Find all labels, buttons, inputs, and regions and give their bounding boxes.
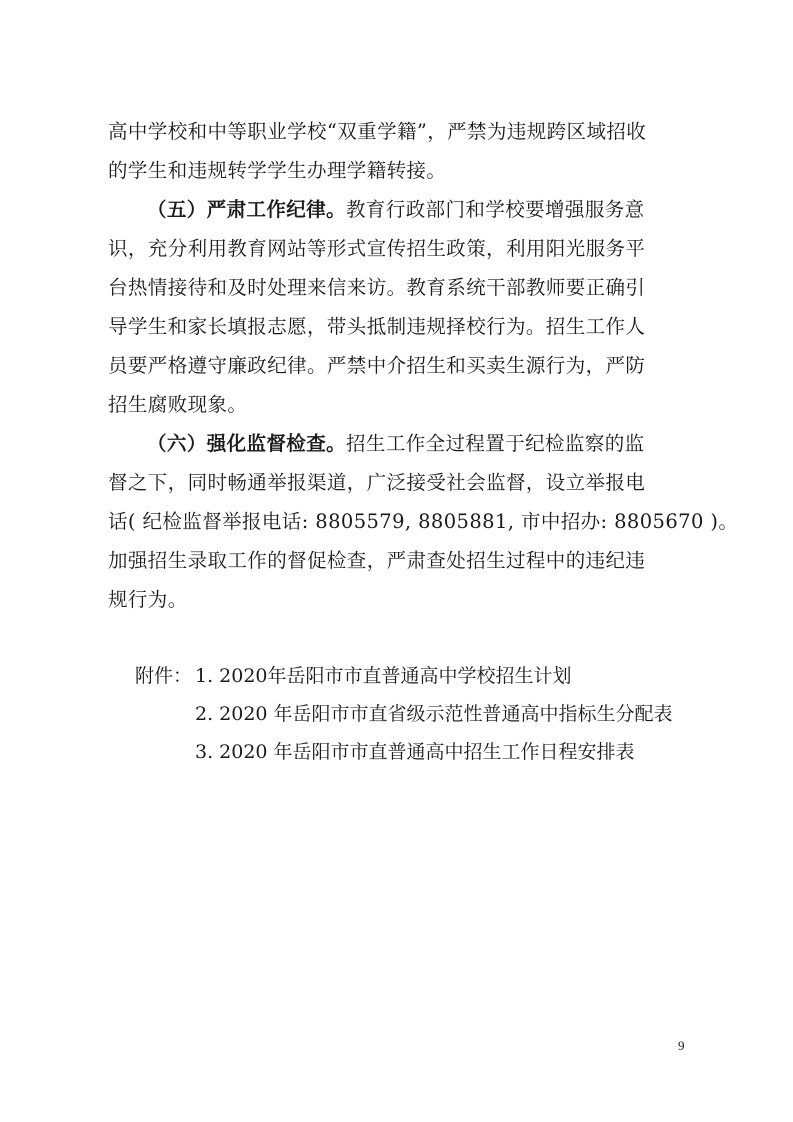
section-5-first-line: （五）严肃工作纪律。教育行政部门和学校要增强服务意 — [108, 190, 688, 229]
attachments-label: 附件： — [135, 657, 195, 695]
text-fragment: 教育行政部门和学校要增强服务意 — [346, 198, 645, 221]
attachment-item: 3. 2020 年岳阳市市直普通高中招生工作日程安排表 — [135, 733, 673, 771]
text-line: 规行为。 — [108, 580, 688, 619]
attachment-item: 2. 2020 年岳阳市市直省级示范性普通高中指标生分配表 — [135, 695, 673, 733]
page-number: 9 — [678, 1038, 685, 1054]
attachment-item: 附件：1. 2020年岳阳市市直普通高中学校招生计划 — [135, 657, 673, 695]
text-line: 的学生和违规转学学生办理学籍转接。 — [108, 151, 688, 190]
text-line: 识，充分利用教育网站等形式宣传招生政策，利用阳光服务平 — [108, 229, 688, 268]
text-line: 招生腐败现象。 — [108, 385, 688, 424]
section-6-heading: （六）强化监督检查。 — [147, 432, 346, 455]
text-line: 台热情接待和及时处理来信来访。教育系统干部教师要正确引 — [108, 268, 688, 307]
text-line: 话( 纪检监督举报电话: 8805579, 8805881, 市中招办: 880… — [108, 502, 688, 541]
attachments-list: 附件：1. 2020年岳阳市市直普通高中学校招生计划 2. 2020 年岳阳市市… — [135, 657, 673, 771]
text-line: 督之下，同时畅通举报渠道，广泛接受社会监督，设立举报电 — [108, 463, 688, 502]
text-line: 加强招生录取工作的督促检查，严肃查处招生过程中的违纪违 — [108, 541, 688, 580]
text-line: 高中学校和中等职业学校“双重学籍”，严禁为违规跨区域招收 — [108, 112, 688, 151]
section-6-first-line: （六）强化监督检查。招生工作全过程置于纪检监察的监 — [108, 424, 688, 463]
section-5-heading: （五）严肃工作纪律。 — [147, 198, 346, 221]
attachment-title: 1. 2020年岳阳市市直普通高中学校招生计划 — [195, 665, 572, 687]
body-text: 高中学校和中等职业学校“双重学籍”，严禁为违规跨区域招收 的学生和违规转学学生办… — [108, 112, 688, 619]
text-fragment: 招生工作全过程置于纪检监察的监 — [346, 432, 645, 455]
document-page: 高中学校和中等职业学校“双重学籍”，严禁为违规跨区域招收 的学生和违规转学学生办… — [0, 0, 793, 1122]
text-line: 员要严格遵守廉政纪律。严禁中介招生和买卖生源行为，严防 — [108, 346, 688, 385]
text-line: 导学生和家长填报志愿，带头抵制违规择校行为。招生工作人 — [108, 307, 688, 346]
